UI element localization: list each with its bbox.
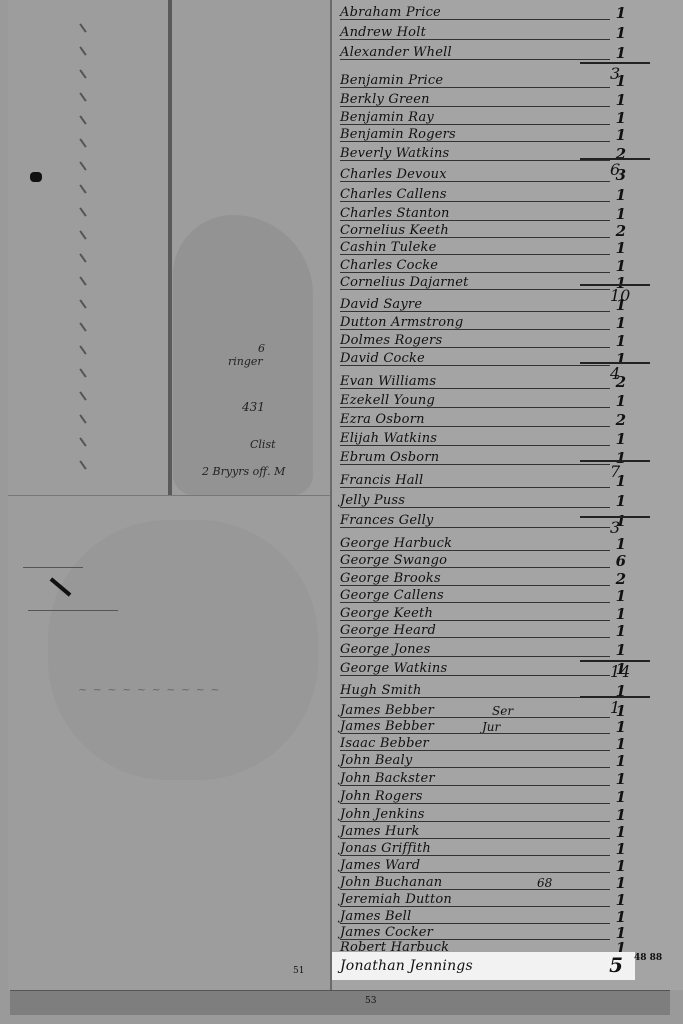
ledger-row: Berkly Green1 xyxy=(332,89,632,109)
subtotal: 6 xyxy=(580,158,650,179)
page-bottom-edge xyxy=(10,990,670,1015)
ink-blot xyxy=(30,172,42,182)
fold-crease xyxy=(168,0,172,495)
corner-stamp: 48 88 xyxy=(634,954,662,963)
ledger-row: Andrew Holt1 xyxy=(332,22,632,42)
subtotal: 3 xyxy=(580,516,650,537)
ledger-row: Dutton Armstrong1 xyxy=(332,312,632,332)
water-stain xyxy=(48,520,318,780)
ledger-row: John Rogers1 xyxy=(332,786,632,806)
ledger-row: George Callens1 xyxy=(332,585,632,605)
note-line: 6 xyxy=(258,342,265,355)
ledger-row-highlighted: Jonathan Jennings5 xyxy=(332,952,635,980)
ledger-row: Jelly Puss1 xyxy=(332,490,632,510)
document-scan: ~ ~ ~ ~ ~ ~ ~ ~ ~ ~ 6 ringer 431 Clist 2… xyxy=(0,0,683,1024)
subtotal: 7 xyxy=(580,460,650,481)
tally-marks xyxy=(76,10,96,490)
note-line: ringer xyxy=(228,355,263,368)
ledger-row: Ezekell Young1 xyxy=(332,390,632,410)
page-number: 51 xyxy=(293,966,304,976)
ledger-row: Cashin Tuleke1 xyxy=(332,237,632,257)
note-line: 431 xyxy=(242,400,265,414)
note-line: 2 Bryyrs off. M xyxy=(202,465,285,478)
ruled-line xyxy=(28,610,118,611)
bleed-through-text: ~ ~ ~ ~ ~ ~ ~ ~ ~ ~ xyxy=(78,683,221,696)
ledger-row: Alexander Whell1 xyxy=(332,42,632,62)
ledger-row: Charles Callens1 xyxy=(332,184,632,204)
ledger-row: Abraham Price1 xyxy=(332,2,632,22)
subtotal: 3 xyxy=(580,62,650,83)
ledger-column: Abraham Price1 Andrew Holt1 Alexander Wh… xyxy=(330,0,683,990)
subtotal: 14 xyxy=(580,660,650,681)
subtotal: 1 xyxy=(580,696,650,717)
ledger-row: John Backster1 xyxy=(332,768,632,788)
subtotal: 4 xyxy=(580,362,650,383)
note-line: Clist xyxy=(250,438,276,451)
ledger-row: George Swango6 xyxy=(332,550,632,570)
ruled-line xyxy=(23,567,83,568)
ledger-row: Ezra Osborn2 xyxy=(332,409,632,429)
page-number: 53 xyxy=(365,996,376,1006)
ledger-row: John Bealy1 xyxy=(332,750,632,770)
ledger-row: George Heard1 xyxy=(332,620,632,640)
ledger-row: Benjamin Rogers1 xyxy=(332,124,632,144)
left-page-panel: ~ ~ ~ ~ ~ ~ ~ ~ ~ ~ xyxy=(8,0,330,990)
ledger-row: Elijah Watkins1 xyxy=(332,428,632,448)
ledger-row: George Jones1 xyxy=(332,639,632,659)
page-fold-line xyxy=(8,495,330,496)
subtotal: 10 xyxy=(580,284,650,305)
ledger-row: Dolmes Rogers1 xyxy=(332,330,632,350)
